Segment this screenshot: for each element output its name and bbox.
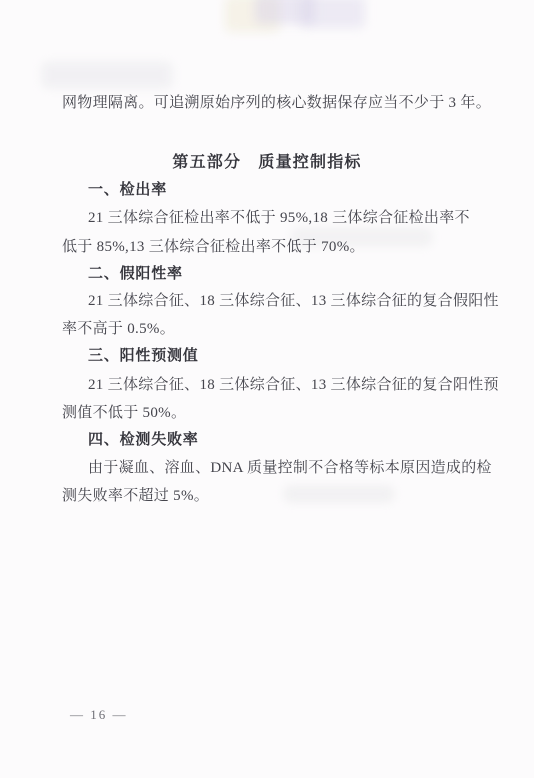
section-heading-detection-rate: 一、检出率 — [88, 182, 167, 198]
section-heading-test-failure-rate: 四、检测失败率 — [88, 432, 199, 448]
paragraph-line: 21 三体综合征、18 三体综合征、13 三体综合征的复合阳性预 — [88, 377, 499, 393]
scan-artifact — [255, 0, 315, 24]
paragraph-line: 率不高于 0.5%。 — [62, 321, 175, 337]
page-number: — 16 — — [70, 707, 128, 723]
paragraph-line: 21 三体综合征、18 三体综合征、13 三体综合征的复合假阳性 — [88, 293, 499, 309]
section-heading-false-positive-rate: 二、假阳性率 — [88, 266, 183, 282]
intro-paragraph-line: 网物理隔离。可追溯原始序列的核心数据保存应当不少于 3 年。 — [62, 95, 491, 111]
scan-artifact — [284, 486, 394, 502]
section-heading-positive-predictive-value: 三、阳性预测值 — [88, 348, 199, 364]
document-page: 网物理隔离。可追溯原始序列的核心数据保存应当不少于 3 年。 第五部分 质量控制… — [0, 0, 534, 778]
paragraph-line: 21 三体综合征检出率不低于 95%,18 三体综合征检出率不 — [88, 210, 470, 226]
scan-artifact — [225, 0, 280, 32]
paragraph-line: 低于 85%,13 三体综合征检出率不低于 70%。 — [62, 239, 365, 255]
part-title: 第五部分 质量控制指标 — [0, 154, 534, 172]
scan-artifact — [300, 0, 365, 28]
paragraph-line: 由于凝血、溶血、DNA 质量控制不合格等标本原因造成的检 — [88, 460, 492, 476]
paragraph-line: 测失败率不超过 5%。 — [62, 488, 209, 504]
scan-artifact — [42, 62, 172, 88]
paragraph-line: 测值不低于 50%。 — [62, 405, 186, 421]
